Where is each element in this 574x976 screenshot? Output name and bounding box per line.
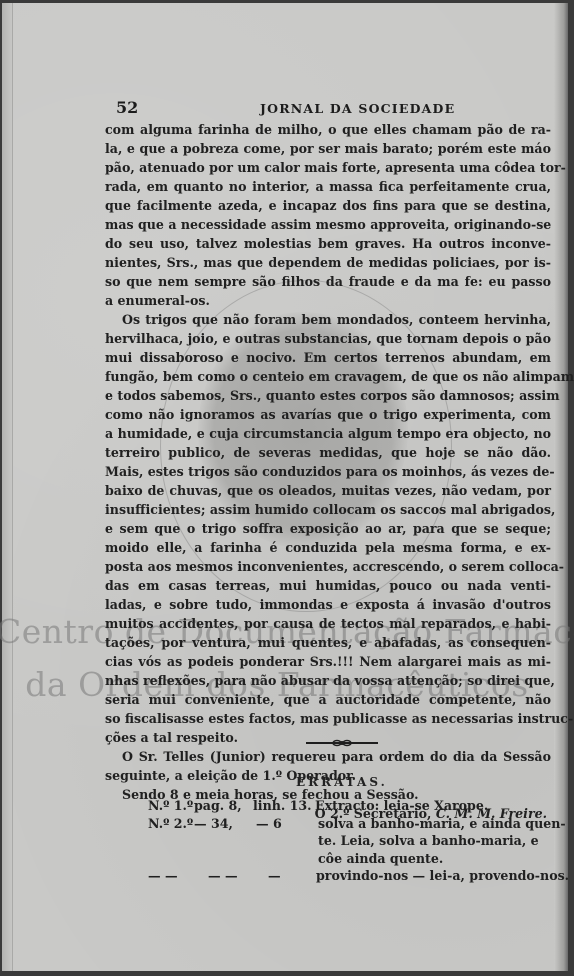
text-line: cias vós as podeis ponderar Srs.!!! Nem … [105,652,551,671]
errata-line: — [268,867,281,885]
text-line: hervilhaca, joio, e outras substancias, … [105,329,551,348]
text-line: a humidade, e cuja circumstancia algum t… [105,424,551,443]
errata-text: solva a banho-maria, e ainda quen- [318,815,566,833]
text-line: Mais, estes trigos são conduzidos para o… [105,462,551,481]
paragraph-2: Os trigos que não foram bem mondados, co… [105,310,551,747]
running-head: 52 JORNAL DA SOCIEDADE [105,98,551,120]
journal-title: JORNAL DA SOCIEDADE [260,101,455,116]
errata-text: côe ainda quente. [318,850,443,868]
text-line: muitos accidentes, por causa de tectos m… [105,614,551,633]
text-line: das em casas terreas, mui humidas, pouco… [105,576,551,595]
text-line: posta aos mesmos inconvenientes, accresc… [105,557,551,576]
errata-row: N.º 1.º pag. 8, linh. 13. Extracto: leia… [148,797,552,815]
page-left-edge [2,3,13,971]
page-number: 52 [116,98,138,117]
errata-row: te. Leia, solva a banho-maria, e [148,832,552,850]
text-line: a enumeral-os. [105,291,551,310]
text-line: mas que a necessidade assim mesmo approv… [105,215,551,234]
text-line: pão, atenuado por um calor mais forte, a… [105,158,551,177]
text-line: nientes, Srs., mas que dependem de medid… [105,253,551,272]
errata-number: — — [148,867,178,885]
text-line: que facilmente azeda, e incapaz dos fins… [105,196,551,215]
text-line: e todos sabemos, Srs., quanto estes corp… [105,386,551,405]
errata-line: — 6 [256,815,282,833]
errata-page: — 34, [194,815,233,833]
text-line: mui dissaboroso e nocivo. Em certos terr… [105,348,551,367]
text-line: e sem que o trigo soffra exposição ao ar… [105,519,551,538]
errata-row: — — — — — provindo-nos — lei-a, provendo… [148,867,552,885]
text-line: O Sr. Telles (Junior) requereu para orde… [105,747,551,766]
text-line: com alguma farinha de milho, o que elles… [105,120,551,139]
body-text: com alguma farinha de milho, o que elles… [105,120,551,823]
text-line: tações, por ventura, mui quentes, e abaf… [105,633,551,652]
text-line: so fiscalisasse estes factos, mas public… [105,709,551,728]
errata-row: N.º 2.º — 34, — 6 solva a banho-maria, e… [148,815,552,833]
errata-title: ERRATAS. [296,775,388,789]
paragraph-1: com alguma farinha de milho, o que elles… [105,120,551,310]
page-content: 52 JORNAL DA SOCIEDADE com alguma farinh… [105,98,551,823]
text-line: Os trigos que não foram bem mondados, co… [105,310,551,329]
text-line: nhas reflexões, para não abusar da vossa… [105,671,551,690]
errata-number: N.º 2.º [148,815,193,833]
text-line: seria mui conveniente, que a auctoridade… [105,690,551,709]
text-line: ladas, e sobre tudo, immondas e exposta … [105,595,551,614]
errata-page: — — [208,867,238,885]
text-line: moido elle, a farinha é conduzida pela m… [105,538,551,557]
errata-number: N.º 1.º [148,797,193,815]
text-line: rada, em quanto no interior, a massa fic… [105,177,551,196]
text-line: baixo de chuvas, que os oleados, muitas … [105,481,551,500]
errata-page: pag. 8, [194,797,242,815]
ornament-divider-icon [306,739,378,747]
text-line: terreiro publico, de severas medidas, qu… [105,443,551,462]
errata-text: Extracto: leia-se Xarope. [315,797,488,815]
errata-row: côe ainda quente. [148,850,552,868]
text-line: do seu uso, talvez molestias bem graves.… [105,234,551,253]
errata-list: N.º 1.º pag. 8, linh. 13. Extracto: leia… [148,797,552,885]
text-line: insufficientes; assim humido collocam os… [105,500,551,519]
text-line: so que nem sempre são filhos da fraude e… [105,272,551,291]
errata-text: provindo-nos — lei-a, provendo-nos. [316,867,569,885]
text-line: la, e que a pobreza come, por ser mais b… [105,139,551,158]
errata-text: te. Leia, solva a banho-maria, e [318,832,539,850]
text-line: como não ignoramos as avarías que o trig… [105,405,551,424]
text-line: fungão, bem como o centeio em cravagem, … [105,367,551,386]
scanned-page-background: Centro de Documentação Farmacêutica da O… [0,0,574,976]
errata-line: linh. 13. [253,797,312,815]
